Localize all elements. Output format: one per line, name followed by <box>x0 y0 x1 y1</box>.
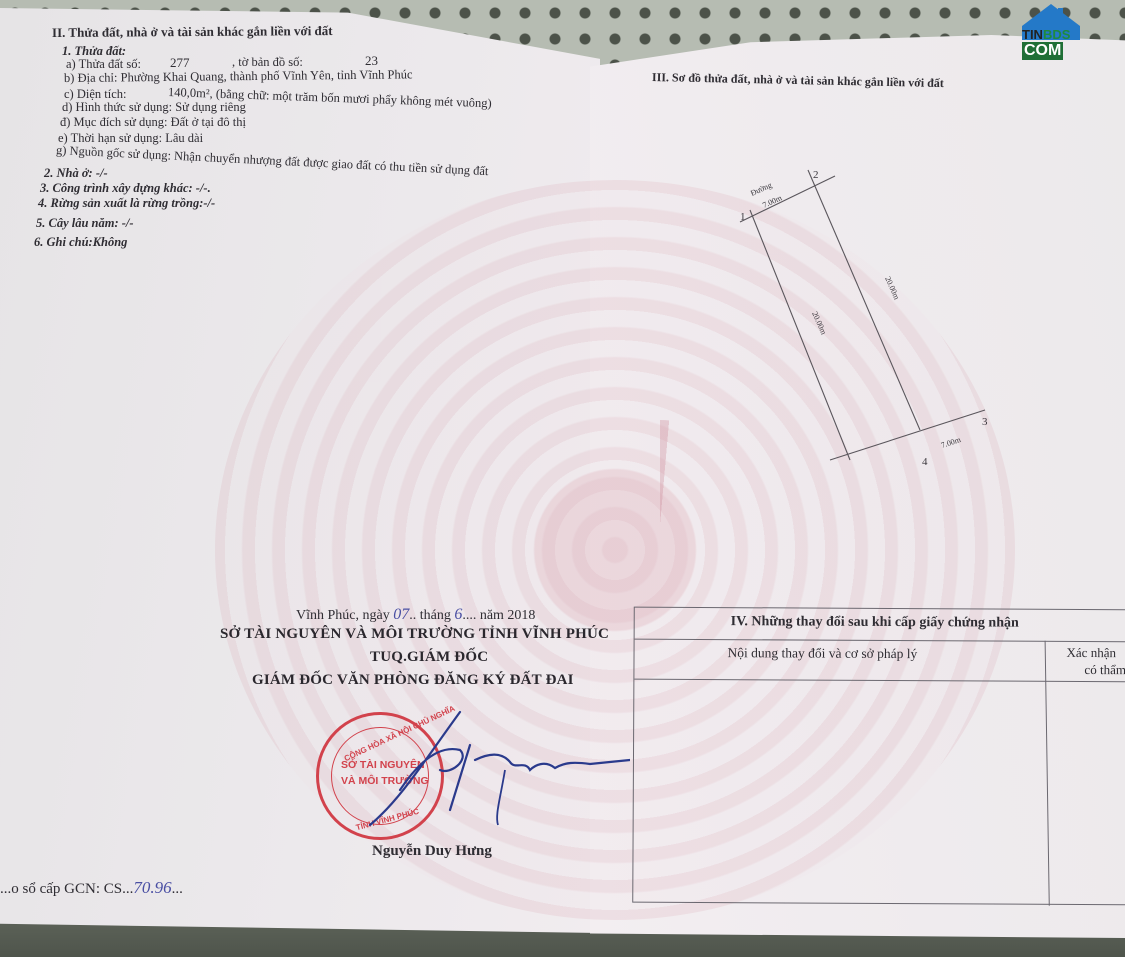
date-day: 07 <box>393 606 409 623</box>
item-other-construction: 3. Công trình xây dựng khác: -/-. <box>40 181 211 196</box>
registry-suffix: ... <box>172 881 183 897</box>
signer-name: Nguyễn Duy Hưng <box>372 843 492 860</box>
usage-purpose: đ) Mục đích sử dụng: Đất ở tại đô thị <box>60 115 246 130</box>
date-month-label: tháng <box>420 608 451 623</box>
logo-com: COM <box>1022 42 1063 60</box>
logo-tin: TIN <box>1022 27 1043 42</box>
column-confirmation-line1: Xác nhận <box>1067 645 1117 661</box>
tinbds-watermark-logo: TINBDS COM <box>1018 4 1082 62</box>
house-roof-icon <box>1022 4 1080 26</box>
issuing-agency: SỞ TÀI NGUYÊN VÀ MÔI TRƯỜNG TỈNH VĨNH PH… <box>220 626 609 643</box>
land-parcel-diagram: 1 2 3 4 Đường 7.00m 20.00m 20.00m 7.00m <box>720 160 1010 480</box>
logo-line2: COM <box>1022 42 1080 60</box>
registry-value: 70.96 <box>133 878 171 897</box>
changes-table-title: IV. Những thay đổi sau khi cấp giấy chứn… <box>731 614 1019 632</box>
item-perennial-trees: 5. Cây lâu năm: -/- <box>36 216 134 231</box>
column-change-content: Nội dung thay đổi và cơ sở pháp lý <box>727 645 917 662</box>
column-confirmation-line2: có thẩm <box>1084 662 1125 678</box>
date-prefix: Vĩnh Phúc, ngày <box>296 608 390 623</box>
chimney-shape <box>1058 8 1063 18</box>
item-notes: 6. Ghi chú:Không <box>34 235 127 250</box>
logo-bds: BDS <box>1043 27 1070 42</box>
section-ii-title: II. Thửa đất, nhà ở và tài sản khác gắn … <box>52 23 333 41</box>
item-planted-forest: 4. Rừng sản xuất là rừng trồng:-/- <box>38 196 215 211</box>
edge-2-3-length: 20.00m <box>883 275 901 301</box>
issue-date: Vĩnh Phúc, ngày 07.. tháng 6.... năm 201… <box>296 606 535 624</box>
registry-label: ...o sổ cấp GCN: CS... <box>0 881 133 897</box>
signer-title: GIÁM ĐỐC VĂN PHÒNG ĐĂNG KÝ ĐẤT ĐAI <box>252 672 574 689</box>
date-year: năm 2018 <box>480 608 536 623</box>
changes-table: IV. Những thay đổi sau khi cấp giấy chứn… <box>632 607 1125 906</box>
road-label: Đường <box>749 181 773 198</box>
changes-table-header: IV. Những thay đổi sau khi cấp giấy chứn… <box>635 608 1125 643</box>
parcel-number: 277 <box>170 55 190 71</box>
item-house: 2. Nhà ở: -/- <box>44 166 108 181</box>
map-number: 23 <box>365 53 378 69</box>
registry-number: ...o sổ cấp GCN: CS...70.96... <box>0 878 183 898</box>
point-2-label: 2 <box>813 169 819 181</box>
edge-4-1-length: 20.00m <box>810 310 828 336</box>
usage-form: d) Hình thức sử dụng: Sử dụng riêng <box>62 100 246 115</box>
point-4-label: 4 <box>922 456 928 468</box>
point-3-label: 3 <box>982 416 988 428</box>
date-month: 6 <box>454 606 462 623</box>
handwritten-signature <box>330 700 630 840</box>
point-1-label: 1 <box>740 211 746 223</box>
logo-line1: TINBDS <box>1022 26 1080 40</box>
edge-3-4-length: 7.00m <box>940 435 963 450</box>
on-behalf-of: TUQ.GIÁM ĐỐC <box>370 649 488 666</box>
edge-1-2-length: 7.00m <box>761 193 784 210</box>
changes-table-columns: Nội dung thay đổi và cơ sở pháp lý Xác n… <box>634 639 1125 683</box>
